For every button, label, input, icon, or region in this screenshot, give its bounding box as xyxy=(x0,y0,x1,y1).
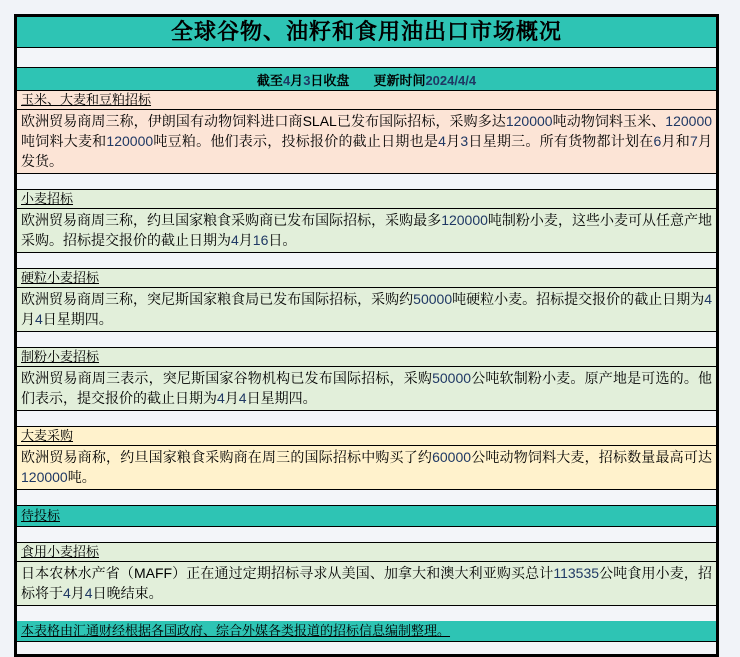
spacer-row xyxy=(17,174,716,190)
spacer-row xyxy=(17,253,716,269)
as-of-label: 截至4月3日收盘 xyxy=(257,70,350,89)
section-heading-text: 硬粒小麦招标 xyxy=(21,270,99,285)
section-body: 欧洲贸易商称，约旦国家粮食采购商在周三的国际招标中购买了约60000公吨动物饲料… xyxy=(17,446,716,490)
info-bar: 截至4月3日收盘 更新时间2024/4/4 xyxy=(17,68,716,91)
section-heading-text: 大麦采购 xyxy=(21,428,73,443)
section-heading: 小麦招标 xyxy=(17,190,716,209)
section-heading-text: 待投标 xyxy=(21,508,60,523)
section-body: 欧洲贸易商周三表示，突尼斯国家谷物机构已发布国际招标，采购50000公吨软制粉小… xyxy=(17,367,716,411)
spacer-row xyxy=(17,411,716,427)
section-heading-text: 食用小麦招标 xyxy=(21,544,99,559)
section-body: 欧洲贸易商周三称，突尼斯国家粮食局已发布国际招标，采购约50000吨硬粒小麦。招… xyxy=(17,288,716,332)
market-overview-table: 全球谷物、油籽和食用油出口市场概况 截至4月3日收盘 更新时间2024/4/4 … xyxy=(14,14,719,656)
section-heading-text: 玉米、大麦和豆粕招标 xyxy=(21,92,151,107)
bottom-spacer-row xyxy=(17,642,716,654)
spacer-row xyxy=(17,48,716,68)
section-body: 日本农林水产省（MAFF）正在通过定期招标寻求从美国、加拿大和澳大利亚购买总计1… xyxy=(17,562,716,606)
section-heading: 制粉小麦招标 xyxy=(17,348,716,367)
section-heading-text: 小麦招标 xyxy=(21,191,73,206)
section-body: 欧洲贸易商周三称，约旦国家粮食采购商已发布国际招标，采购最多120000吨制粉小… xyxy=(17,209,716,253)
section-heading: 待投标 xyxy=(17,506,716,527)
page-title: 全球谷物、油籽和食用油出口市场概况 xyxy=(17,17,716,48)
tender-sections: 玉米、大麦和豆粕招标 欧洲贸易商周三称，伊朗国有动物饲料进口商SLAL已发布国际… xyxy=(17,91,716,621)
page-title-text: 全球谷物、油籽和食用油出口市场概况 xyxy=(171,19,562,45)
spacer-row xyxy=(17,527,716,543)
section-heading-text: 制粉小麦招标 xyxy=(21,349,99,364)
section-heading: 硬粒小麦招标 xyxy=(17,269,716,288)
footer-note: 本表格由汇通财经根据各国政府、综合外媒各类报道的招标信息编制整理。 xyxy=(17,621,716,642)
section-heading: 大麦采购 xyxy=(17,427,716,446)
footer-note-text: 本表格由汇通财经根据各国政府、综合外媒各类报道的招标信息编制整理。 xyxy=(21,623,450,638)
spacer-row xyxy=(17,606,716,621)
spacer-row xyxy=(17,332,716,348)
section-heading: 玉米、大麦和豆粕招标 xyxy=(17,91,716,110)
spacer-row xyxy=(17,490,716,506)
section-heading: 食用小麦招标 xyxy=(17,543,716,562)
section-body: 欧洲贸易商周三称，伊朗国有动物饲料进口商SLAL已发布国际招标，采购多达1200… xyxy=(17,110,716,174)
updated-label: 更新时间2024/4/4 xyxy=(373,70,476,89)
